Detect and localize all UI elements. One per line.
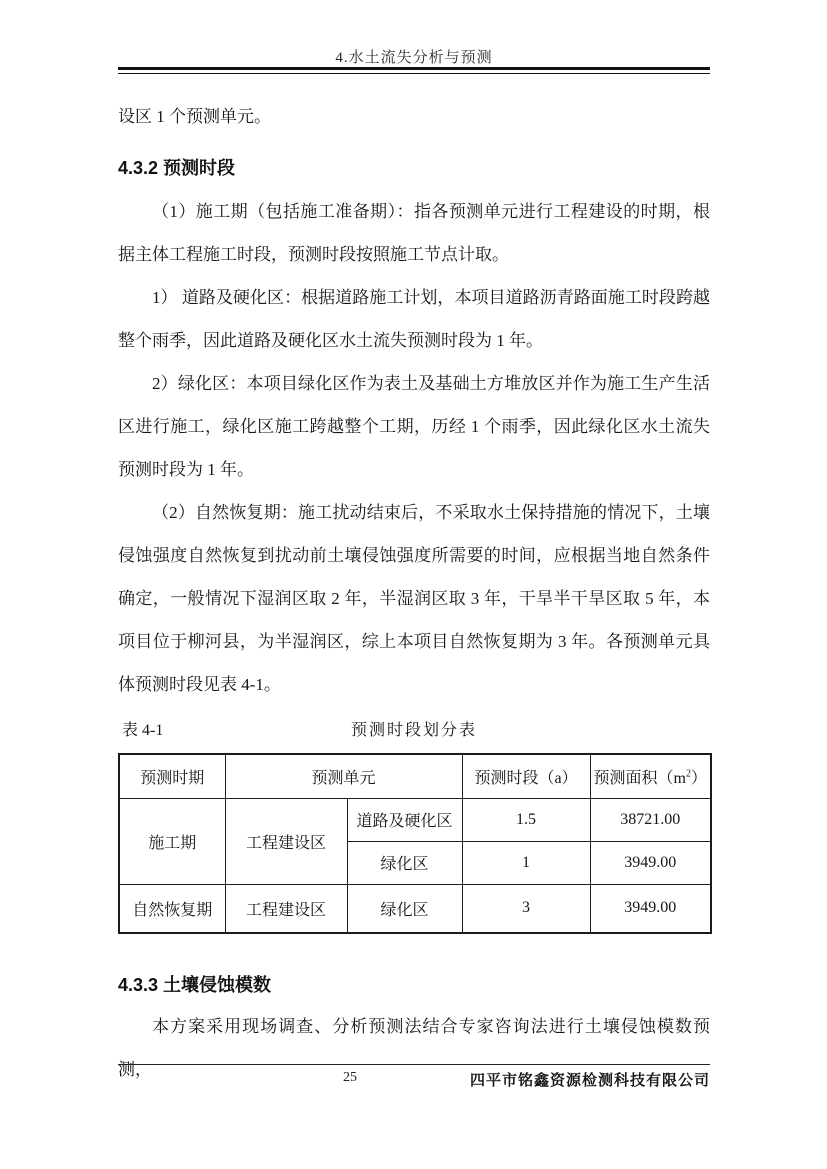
paragraph-natural-recovery: （2）自然恢复期：施工扰动结束后，不采取水土保持措施的情况下，土壤侵蚀强度自然恢… — [118, 491, 710, 706]
footer-rule — [118, 1064, 710, 1065]
header-cell-period: 预测时期 — [119, 754, 225, 798]
cell-unit-project-area: 工程建设区 — [225, 798, 347, 884]
header-cell-duration: 预测时段（a） — [462, 754, 590, 798]
cell-period-recovery: 自然恢复期 — [119, 884, 225, 933]
area-unit-text: 预测面积（m — [594, 770, 686, 787]
section-heading-4-3-2: 4.3.2 预测时段 — [118, 157, 710, 179]
cell-subunit-greening: 绿化区 — [347, 841, 462, 884]
paragraph-intro: 设区 1 个预测单元。 — [118, 95, 710, 138]
cell-area-recovery: 3949.00 — [590, 884, 711, 933]
cell-unit-project-area-2: 工程建设区 — [225, 884, 347, 933]
cell-area-greening: 3949.00 — [590, 841, 711, 884]
table-caption: 表 4-1 预测时段划分表 — [118, 717, 710, 739]
table-title: 预测时段划分表 — [351, 717, 477, 740]
page-number: 25 — [343, 1070, 357, 1086]
paragraph-greening-zone: 2）绿化区：本项目绿化区作为表土及基础土方堆放区并作为施工生产生活区进行施工，绿… — [118, 362, 710, 491]
table-row: 自然恢复期 工程建设区 绿化区 3 3949.00 — [119, 884, 711, 933]
page-content: 4.水土流失分析与预测 设区 1 个预测单元。 4.3.2 预测时段 （1）施工… — [118, 0, 710, 1169]
cell-period-construction: 施工期 — [119, 798, 225, 884]
table-row: 施工期 工程建设区 道路及硬化区 1.5 38721.00 — [119, 798, 711, 841]
cell-subunit-road: 道路及硬化区 — [347, 798, 462, 841]
area-unit-close: ） — [691, 770, 707, 787]
paragraph-construction-period: （1）施工期（包括施工准备期）：指各预测单元进行工程建设的时期，根据主体工程施工… — [118, 190, 710, 276]
prediction-period-table: 预测时期 预测单元 预测时段（a） 预测面积（m2） 施工期 工程建设区 道路及… — [118, 753, 712, 934]
cell-duration-greening: 1 — [462, 841, 590, 884]
page-header-title: 4.水土流失分析与预测 — [118, 46, 710, 67]
paragraph-road-zone: 1） 道路及硬化区：根据道路施工计划，本项目道路沥青路面施工时段跨越整个雨季，因… — [118, 276, 710, 362]
table-label: 表 4-1 — [122, 717, 163, 740]
header-cell-area: 预测面积（m2） — [590, 754, 711, 798]
section-heading-4-3-3: 4.3.3 土壤侵蚀模数 — [118, 974, 710, 996]
table-header-row: 预测时期 预测单元 预测时段（a） 预测面积（m2） — [119, 754, 711, 798]
cell-duration-road: 1.5 — [462, 798, 590, 841]
cell-duration-recovery: 3 — [462, 884, 590, 933]
cell-area-road: 38721.00 — [590, 798, 711, 841]
footer-company-name: 四平市铭鑫资源检测科技有限公司 — [470, 1069, 710, 1090]
document-page: 4.水土流失分析与预测 设区 1 个预测单元。 4.3.2 预测时段 （1）施工… — [0, 0, 827, 1169]
header-double-rule — [118, 67, 710, 74]
header-cell-unit: 预测单元 — [225, 754, 462, 798]
cell-subunit-greening-2: 绿化区 — [347, 884, 462, 933]
